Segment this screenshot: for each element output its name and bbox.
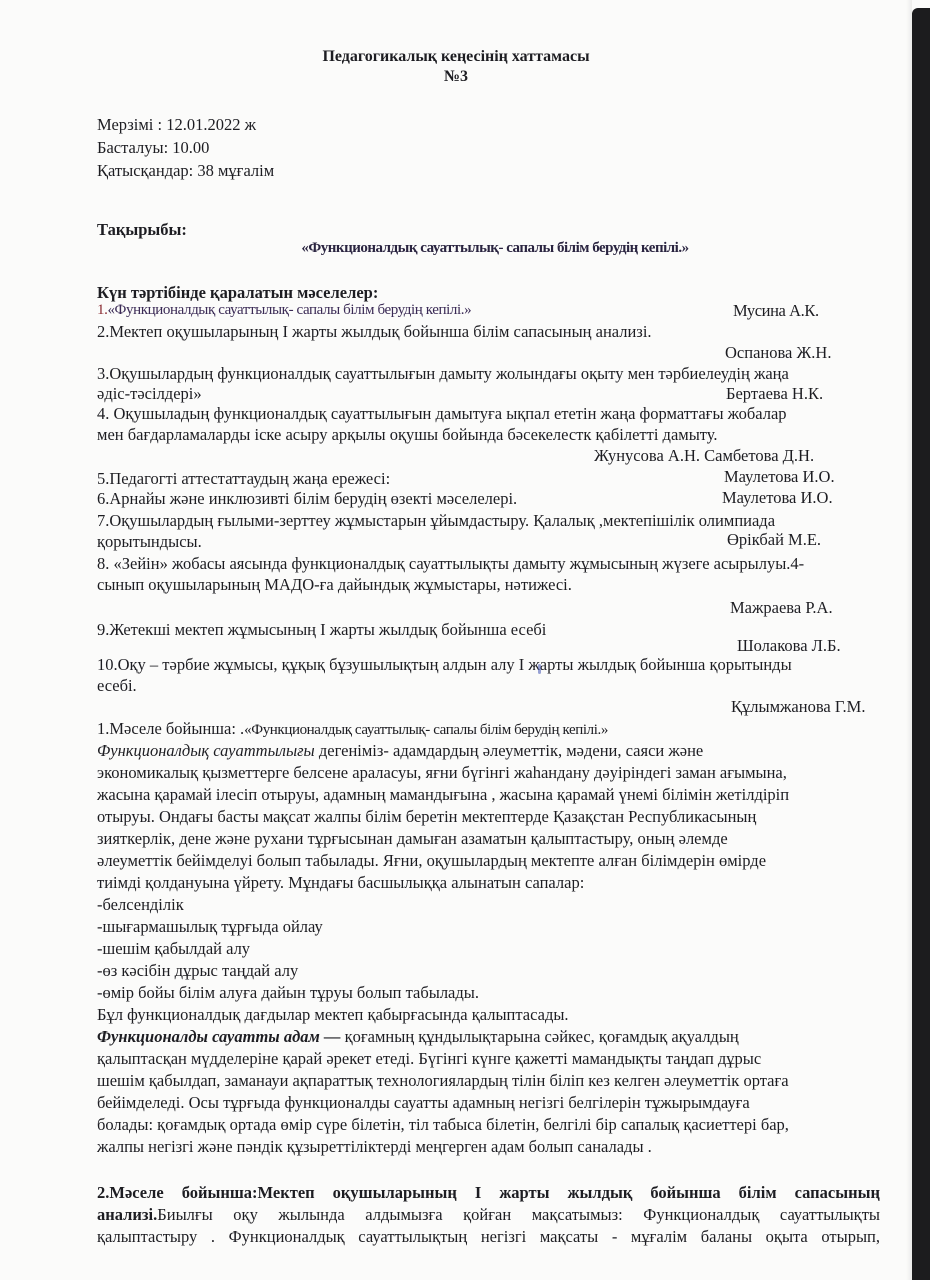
agenda-heading: Күн тәртібінде қаралатын мәселелер: — [97, 283, 378, 303]
section-1-line: болады: қоғамдық ортада өмір сүре білеті… — [97, 1115, 789, 1135]
agenda-item-number: 1. — [97, 302, 107, 318]
agenda-responsible: Оспанова Ж.Н. — [725, 343, 831, 363]
agenda-item-10: 10.Оқу – тәрбие жұмысы, құқық бұзушылықт… — [97, 655, 792, 675]
agenda-item-8-cont: сынып оқушыларының МАДО-ға дайындық жұмы… — [97, 575, 572, 595]
agenda-responsible: Мусина А.К. — [733, 301, 819, 321]
section-1-term2: Функционалды сауатты адам — — [97, 1027, 340, 1046]
section-1-line: әлеуметтік бейімделуі болып табылады. Яғ… — [97, 851, 766, 871]
agenda-item-7-cont: қорытындысы. — [97, 532, 202, 552]
text-span: дегеніміз- адамдардың әлеуметтік, мәдени… — [315, 741, 704, 760]
section-1-term: Функционалдық сауаттылығы — [97, 741, 315, 760]
agenda-item-2: 2.Мектеп оқушыларының І жарты жылдық бой… — [97, 322, 652, 342]
section-2-heading-cont: анализі. — [97, 1205, 157, 1224]
quality-list-item: -өз кәсібін дұрыс таңдай алу — [97, 961, 298, 981]
document-title: Педагогикалық кеңесінің хаттамасы — [0, 48, 912, 66]
section-1-line: Функционалды сауатты адам — қоғамның құн… — [97, 1027, 739, 1047]
section-2-line: қалыптастыру . Функционалдық сауаттылықт… — [97, 1227, 880, 1247]
text-span: Биылғы оқу жылында алдымызға қойған мақс… — [157, 1205, 880, 1224]
quality-list-item: -өмір бойы білім алуға дайын тұруы болып… — [97, 983, 479, 1003]
agenda-item-9: 9.Жетекші мектеп жұмысының І жарты жылды… — [97, 620, 546, 640]
section-1-line: жасына қарамай ілесіп отыруы, адамның ма… — [97, 785, 789, 805]
topic-label: Тақырыбы: — [97, 220, 187, 240]
agenda-item-3-cont: әдіс-тәсілдері» — [97, 384, 202, 404]
agenda-responsible: Маулетова И.О. — [722, 488, 833, 508]
agenda-item-4-cont: мен бағдарламаларды іске асыру арқылы оқ… — [97, 425, 718, 445]
quality-list-item: -шығармашылық тұрғыда ойлау — [97, 917, 323, 937]
section-1-quote: «Функционалдық сауаттылық- сапалы білім … — [244, 722, 608, 738]
agenda-responsible: Өрікбай М.Е. — [727, 530, 821, 550]
agenda-responsible: Маулетова И.О. — [724, 467, 835, 487]
agenda-item-10-cont: есебі. — [97, 676, 137, 696]
agenda-item-6: 6.Арнайы және инклюзивті білім берудің ө… — [97, 489, 517, 509]
agenda-responsible: Мажраева Р.А. — [730, 598, 833, 618]
scanner-edge — [912, 8, 930, 1280]
agenda-responsible: Құлымжанова Г.М. — [731, 697, 865, 717]
document-number: №3 — [0, 68, 912, 86]
text-span: қоғамның құндылықтарына сәйкес, қоғамдық… — [340, 1027, 738, 1046]
agenda-item-5: 5.Педагогті аттестаттаудың жаңа ережесі: — [97, 469, 390, 489]
section-1-line: зияткерлік, дене және рухани тұрғысынан … — [97, 829, 728, 849]
section-1-heading: 1.Мәселе бойынша: .«Функционалдық сауатт… — [97, 719, 608, 739]
quality-list-item: -белсенділік — [97, 895, 184, 915]
agenda-responsible: Бертаева Н.К. — [726, 384, 823, 404]
agenda-item-1: 1.«Функционалдық сауаттылық- сапалы білі… — [97, 302, 471, 319]
agenda-item-3: 3.Оқушылардың функционалдық сауаттылығын… — [97, 364, 789, 384]
topic-title: «Функционалдық сауаттылық- сапалы білім … — [0, 240, 930, 257]
section-1-line: бейімделеді. Осы тұрғыда функционалды са… — [97, 1093, 750, 1113]
section-1-line: шешім қабылдап, заманауи ақпараттық техн… — [97, 1071, 789, 1091]
section-1-line: экономикалық қызметтерге белсене араласу… — [97, 763, 787, 783]
section-2-line: анализі.Биылғы оқу жылында алдымызға қой… — [97, 1205, 880, 1225]
agenda-item-text: «Функционалдық сауаттылық- сапалы білім … — [107, 302, 471, 318]
agenda-item-4: 4. Оқушыладың функционалдық сауаттылығын… — [97, 404, 787, 424]
agenda-item-7: 7.Оқушылардың ғылыми-зерттеу жұмыстарын … — [97, 511, 775, 531]
meeting-date: Мерзімі : 12.01.2022 ж — [97, 113, 256, 136]
quality-list-item: -шешім қабылдай алу — [97, 939, 250, 959]
pen-mark — [538, 664, 541, 674]
agenda-responsible: Жунусова А.Н. Самбетова Д.Н. — [594, 446, 814, 466]
agenda-responsible: Шолакова Л.Б. — [737, 636, 841, 656]
section-1-line: отыруы. Ондағы басты мақсат жалпы білім … — [97, 807, 756, 827]
meeting-participants: Қатысқандар: 38 мұғалім — [97, 159, 274, 182]
section-1-line: қалыптасқан мүдделеріне қарай әрекет ете… — [97, 1049, 761, 1069]
section-1-closing: Бұл функционалдық дағдылар мектеп қабырғ… — [97, 1005, 569, 1025]
section-1-line: Функционалдық сауаттылығы дегеніміз- ада… — [97, 741, 703, 761]
section-1-line: тиімді қолдануына үйрету. Мұндағы басшыл… — [97, 873, 584, 893]
section-1-line: жалпы негізгі және пәндік құзыреттілікте… — [97, 1137, 652, 1157]
document-page: Педагогикалық кеңесінің хаттамасы №3 Мер… — [0, 0, 912, 1280]
agenda-item-8: 8. «Зейін» жобасы аясында функционалдық … — [97, 554, 804, 574]
section-2-heading: 2.Мәселе бойынша:Мектеп оқушыларының І ж… — [97, 1183, 880, 1203]
section-1-prefix: 1.Мәселе бойынша: . — [97, 719, 244, 738]
meeting-start: Басталуы: 10.00 — [97, 136, 209, 159]
